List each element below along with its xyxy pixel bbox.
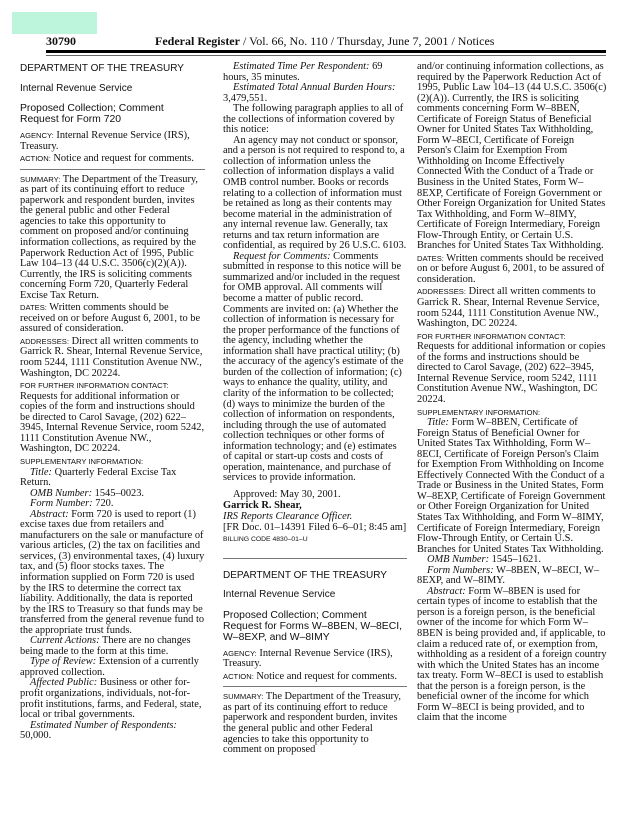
signer-title: IRS Reports Clearance Officer. [223,512,407,523]
notice-subject: Proposed Collection; Comment Request for… [223,610,407,643]
page-header: 30790 Federal Register / Vol. 66, No. 11… [46,34,606,48]
affected-public-paragraph: Affected Public: Business or other for-p… [20,678,205,720]
respondents-paragraph: Estimated Number of Respondents: 50,000. [20,721,205,742]
summary-paragraph: SUMMARY: The Department of the Treasury,… [20,175,205,302]
addresses-paragraph: ADDRESSES: Direct all written comments t… [417,287,607,329]
agency-paragraph: AGENCY: Internal Revenue Service (IRS), … [20,131,205,152]
agency-paragraph: AGENCY: Internal Revenue Service (IRS), … [223,649,407,670]
time-per-respondent-paragraph: Estimated Time Per Respondent: 69 hours,… [223,62,407,83]
request-comments-paragraph: Request for Comments: Comments submitted… [223,252,407,484]
dates-paragraph: DATES: Written comments should be receiv… [20,303,205,335]
action-paragraph: ACTION: Notice and request for comments. [20,154,205,165]
form-numbers-paragraph: Form Numbers: W–8BEN, W–8ECI, W–8EXP, an… [417,566,607,587]
column-1: DEPARTMENT OF THE TREASURY Internal Reve… [20,62,205,742]
subagency-heading: Internal Revenue Service [20,84,205,95]
billing-code: BILLING CODE 4830–01–U [223,535,407,546]
issue-date: Thursday, June 7, 2001 [337,34,449,48]
page-tab-marker [12,12,97,34]
fr-doc-line: [FR Doc. 01–14391 Filed 6–6–01; 8:45 am] [223,523,407,534]
contact-paragraph: FOR FURTHER INFORMATION CONTACT:Requests… [417,332,607,406]
running-head: Federal Register / Vol. 66, No. 110 / Th… [155,34,494,49]
page-number: 30790 [46,34,76,49]
column-3: and/or continuing information collection… [417,62,607,724]
volume: Vol. 66, No. 110 [249,34,328,48]
burden-hours-paragraph: Estimated Total Annual Burden Hours: 3,4… [223,83,407,104]
notice-subject: Proposed Collection; Comment Request for… [20,103,205,125]
dates-paragraph: DATES: Written comments should be receiv… [417,254,607,286]
action-paragraph: ACTION: Notice and request for comments. [223,672,407,683]
column-2: Estimated Time Per Respondent: 69 hours,… [223,62,407,758]
current-actions-paragraph: Current Actions: There are no changes be… [20,636,205,657]
divider [20,169,205,170]
agency-notice-paragraph: An agency may not conduct or sponsor, an… [223,136,407,252]
abstract-paragraph: Abstract: Form W–8BEN is used for certai… [417,587,607,724]
title-paragraph: Title: Form W–8BEN, Certificate of Forei… [417,418,607,555]
addresses-paragraph: ADDRESSES: Direct all written comments t… [20,337,205,379]
title-paragraph: Title: Quarterly Federal Excise Tax Retu… [20,468,205,489]
section-name: Notices [458,34,495,48]
subagency-heading: Internal Revenue Service [223,590,407,601]
summary-paragraph-continued: and/or continuing information collection… [417,62,607,252]
notice-separator [223,558,407,559]
contact-paragraph: FOR FURTHER INFORMATION CONTACT:Requests… [20,381,205,455]
review-type-paragraph: Type of Review: Extension of a currently… [20,657,205,678]
header-rule-thick [46,50,606,53]
department-heading: DEPARTMENT OF THE TREASURY [223,571,407,582]
department-heading: DEPARTMENT OF THE TREASURY [20,64,205,75]
header-rule-thin [46,55,606,56]
summary-paragraph-start: SUMMARY: The Department of the Treasury,… [223,692,407,755]
applies-paragraph: The following paragraph applies to all o… [223,104,407,136]
abstract-paragraph: Abstract: Form 720 is used to report (1)… [20,510,205,637]
divider [223,686,407,687]
publication-name: Federal Register [155,34,240,48]
approval-date: Approved: May 30, 2001. [223,490,407,501]
